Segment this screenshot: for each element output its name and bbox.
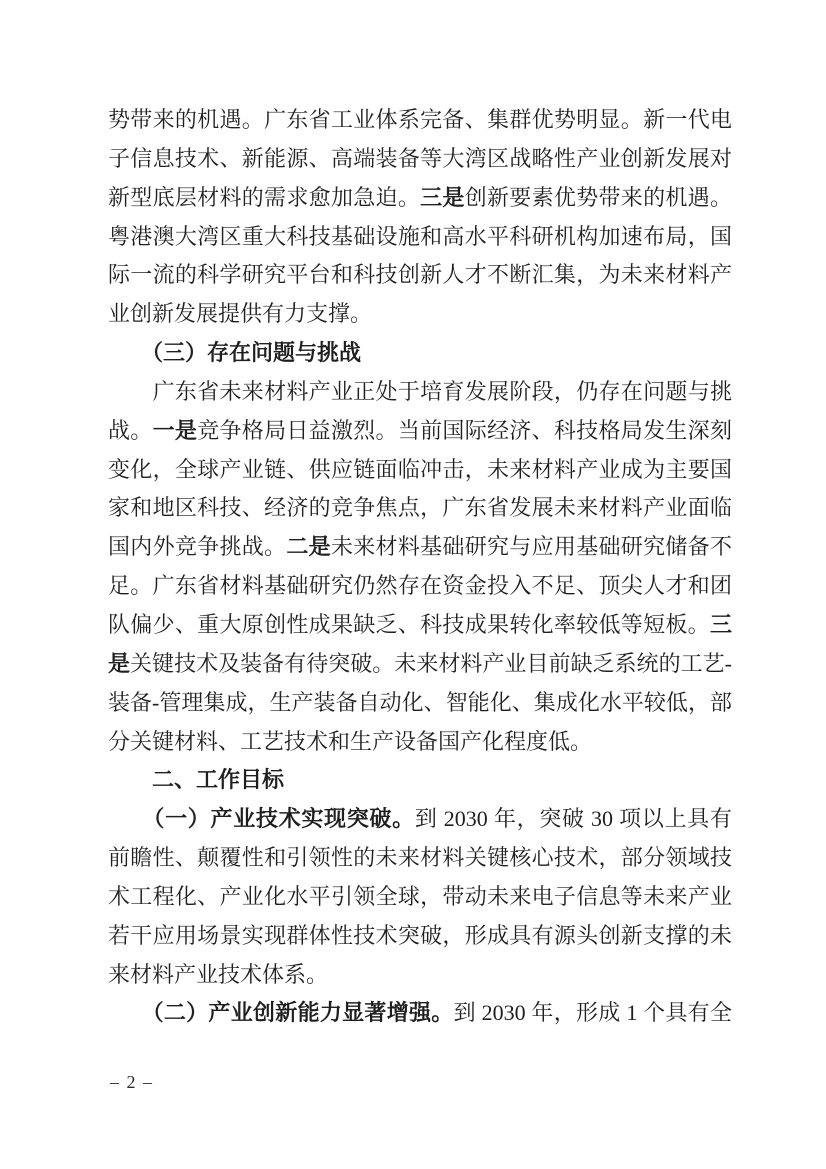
- text-line: 子信息技术、新能源、高端装备等大湾区战略性产业创新发展对: [108, 140, 732, 179]
- text-run: 家和地区科技、经济的竞争焦点，广东省发展未来材料产业面临: [108, 495, 732, 520]
- text-line: 队偏少、重大原创性成果缺乏、科技成果转化率较低等短板。三: [108, 606, 732, 645]
- text-run: 关键技术及装备有待突破。未来材料产业目前缺乏系统的工艺-: [130, 651, 732, 676]
- text-run: 分关键材料、工艺技术和生产设备国产化程度低。: [108, 729, 592, 754]
- text-run: 来材料产业技术体系。: [108, 962, 328, 987]
- text-run: 势带来的机遇。广东省工业体系完备、集群优势明显。新一代电: [108, 107, 732, 132]
- text-line: 势带来的机遇。广东省工业体系完备、集群优势明显。新一代电: [108, 101, 732, 140]
- text-line: 际一流的科学研究平台和科技创新人才不断汇集，为未来材料产: [108, 256, 732, 295]
- paragraph-goal-1-technology-breakthrough: （一）产业技术实现突破。到 2030 年，突破 30 项以上具有前瞻性、颠覆性和…: [108, 800, 732, 994]
- text-run: 到 2030 年，突破 30 项以上具有: [415, 806, 732, 831]
- text-line: 新型底层材料的需求愈加急迫。三是创新要素优势带来的机遇。: [108, 179, 732, 218]
- heading-work-goals: 二、工作目标: [108, 761, 732, 800]
- text-run: 创新要素优势带来的机遇。: [465, 185, 732, 210]
- text-line: 装备-管理集成，生产装备自动化、智能化、集成化水平较低，部: [108, 684, 732, 723]
- text-line: 战。一是竞争格局日益激烈。当前国际经济、科技格局发生深刻: [108, 412, 732, 451]
- text-line: 术工程化、产业化水平引领全球，带动未来电子信息等未来产业: [108, 878, 732, 917]
- paragraph-goal-2-innovation-capacity: （二）产业创新能力显著增强。到 2030 年，形成 1 个具有全: [108, 994, 732, 1033]
- text-run: [108, 340, 152, 365]
- page-number: – 2 –: [110, 1069, 154, 1095]
- text-run: 变化，全球产业链、供应链面临冲击，未来材料产业成为主要国: [108, 457, 732, 482]
- text-run: 若干应用场景实现群体性技术突破，形成具有源头创新支撑的未: [108, 923, 732, 948]
- text-line: 来材料产业技术体系。: [108, 956, 732, 995]
- text-run: 到 2030 年，形成 1 个具有全: [454, 1000, 732, 1025]
- text-run: 广东省未来材料产业正处于培育发展阶段，仍存在问题与挑: [108, 379, 732, 404]
- text-line: （一）产业技术实现突破。到 2030 年，突破 30 项以上具有: [108, 800, 732, 839]
- text-run: 国内外竞争挑战。: [108, 534, 286, 559]
- document-page: 势带来的机遇。广东省工业体系完备、集群优势明显。新一代电子信息技术、新能源、高端…: [0, 0, 826, 1169]
- paragraph-problems-and-challenges: 广东省未来材料产业正处于培育发展阶段，仍存在问题与挑战。一是竞争格局日益激烈。当…: [108, 373, 732, 761]
- text-line: 粤港澳大湾区重大科技基础设施和高水平科研机构加速布局，国: [108, 218, 732, 257]
- paragraph-opportunities-continued: 势带来的机遇。广东省工业体系完备、集群优势明显。新一代电子信息技术、新能源、高端…: [108, 101, 732, 334]
- text-run: 战。: [108, 418, 153, 443]
- text-run: 装备-管理集成，生产装备自动化、智能化、集成化水平较低，部: [108, 690, 732, 715]
- emphasis-run: 三是: [420, 185, 465, 210]
- emphasis-run: （一）产业技术实现突破。: [153, 806, 414, 831]
- text-run: 际一流的科学研究平台和科技创新人才不断汇集，为未来材料产: [108, 262, 732, 287]
- text-line: 是关键技术及装备有待突破。未来材料产业目前缺乏系统的工艺-: [108, 645, 732, 684]
- text-line: 变化，全球产业链、供应链面临冲击，未来材料产业成为主要国: [108, 451, 732, 490]
- text-run: 业创新发展提供有力支撑。: [108, 301, 372, 326]
- text-line: 足。广东省材料基础研究仍然存在资金投入不足、顶尖人才和团: [108, 567, 732, 606]
- text-run: 术工程化、产业化水平引领全球，带动未来电子信息等未来产业: [108, 884, 732, 909]
- text-line: 家和地区科技、经济的竞争焦点，广东省发展未来材料产业面临: [108, 489, 732, 528]
- text-line: 若干应用场景实现群体性技术突破，形成具有源头创新支撑的未: [108, 917, 732, 956]
- emphasis-run: （二）产业创新能力显著增强。: [153, 1000, 454, 1025]
- text-line: （三）存在问题与挑战: [108, 334, 732, 373]
- text-line: （二）产业创新能力显著增强。到 2030 年，形成 1 个具有全: [108, 994, 732, 1033]
- emphasis-run: （三）存在问题与挑战: [152, 340, 361, 365]
- emphasis-run: 一是: [153, 418, 198, 443]
- text-line: 二、工作目标: [108, 761, 732, 800]
- text-run: 足。广东省材料基础研究仍然存在资金投入不足、顶尖人才和团: [108, 573, 732, 598]
- text-line: 分关键材料、工艺技术和生产设备国产化程度低。: [108, 723, 732, 762]
- emphasis-run: 是: [108, 651, 130, 676]
- text-run: 新型底层材料的需求愈加急迫。: [108, 185, 420, 210]
- text-run: 竞争格局日益激烈。当前国际经济、科技格局发生深刻: [197, 418, 732, 443]
- text-run: 粤港澳大湾区重大科技基础设施和高水平科研机构加速布局，国: [108, 224, 732, 249]
- document-body: 势带来的机遇。广东省工业体系完备、集群优势明显。新一代电子信息技术、新能源、高端…: [108, 101, 732, 1033]
- text-run: [108, 767, 152, 792]
- text-run: [108, 1000, 153, 1025]
- text-run: 前瞻性、颠覆性和引领性的未来材料关键核心技术，部分领域技: [108, 845, 732, 870]
- emphasis-run: 二、工作目标: [152, 767, 284, 792]
- text-run: 队偏少、重大原创性成果缺乏、科技成果转化率较低等短板。: [108, 612, 710, 637]
- text-line: 前瞻性、颠覆性和引领性的未来材料关键核心技术，部分领域技: [108, 839, 732, 878]
- text-line: 广东省未来材料产业正处于培育发展阶段，仍存在问题与挑: [108, 373, 732, 412]
- text-line: 业创新发展提供有力支撑。: [108, 295, 732, 334]
- emphasis-run: 三: [710, 612, 732, 637]
- text-line: 国内外竞争挑战。二是未来材料基础研究与应用基础研究储备不: [108, 528, 732, 567]
- text-run: [108, 806, 153, 831]
- text-run: 子信息技术、新能源、高端装备等大湾区战略性产业创新发展对: [108, 146, 732, 171]
- emphasis-run: 二是: [286, 534, 331, 559]
- text-run: 未来材料基础研究与应用基础研究储备不: [331, 534, 732, 559]
- heading-problems-and-challenges: （三）存在问题与挑战: [108, 334, 732, 373]
